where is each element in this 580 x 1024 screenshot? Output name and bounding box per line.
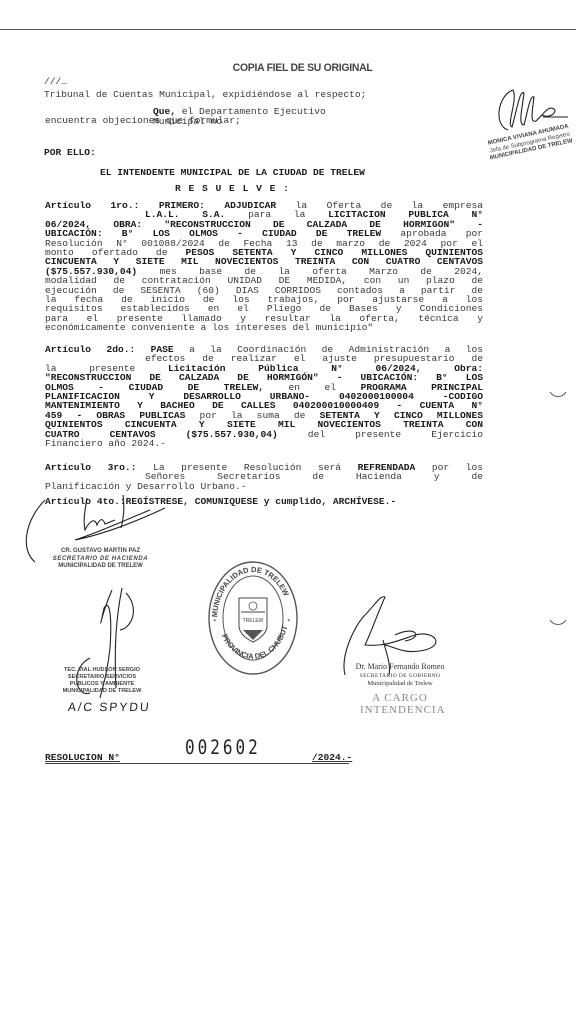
stamp-hacienda: CR. GUSTAVO MARTIN PAZ SECRETARIO DE HAC… xyxy=(48,548,153,571)
por-ello: POR ELLO: xyxy=(44,147,96,158)
art3-label: Artículo 3ro.: xyxy=(45,462,153,473)
art1-label: Artículo 1ro.: xyxy=(45,200,159,211)
page-top-rule xyxy=(0,29,576,30)
article-2: Artículo 2do.: PASE a la Coordinación de… xyxy=(45,345,483,448)
resolution-number: 002602 xyxy=(185,736,261,759)
article-1: Artículo 1ro.: PRIMERO: ADJUDICAR la Ofe… xyxy=(45,201,483,332)
resuelve-title: R E S U E L V E : xyxy=(175,183,290,194)
municipal-seal: MUNICIPALIDAD DE TRELEW PROVINCIA DEL CH… xyxy=(205,558,300,678)
article-3: Artículo 3ro.: La presente Resolución se… xyxy=(45,463,483,491)
que-paragraph: Que, el Departamento Ejecutivo Municipal… xyxy=(45,107,483,126)
que-text-2: encuentra objeciones que formular; xyxy=(45,116,483,125)
continuation-mark: ///… xyxy=(44,77,67,87)
servicios-handwritten-note: A/C SPYDU xyxy=(67,700,151,714)
seal-shield-text: TRELEW xyxy=(243,618,264,624)
svg-text:PROVINCIA DEL CHUBUT: PROVINCIA DEL CHUBUT xyxy=(220,624,290,661)
art1-line: económicamente conveniente a los interes… xyxy=(45,323,483,332)
margin-mark-1 xyxy=(548,618,568,628)
resolution-label: RESOLUCION N° xyxy=(45,752,120,763)
margin-mark-2 xyxy=(548,390,568,400)
resolution-underline xyxy=(45,763,349,764)
svg-text:✶: ✶ xyxy=(213,617,217,624)
copy-certification-stamp: COPIA FIEL DE SU ORIGINAL xyxy=(233,62,373,74)
art2-line: Financiero año 2024.- xyxy=(45,439,483,448)
stamp-gobierno: Dr. Mario Fernando Romeo SECRETARIO DE G… xyxy=(340,663,460,689)
resolution-heading: EL INTENDENTE MUNICIPAL DE LA CIUDAD DE … xyxy=(100,167,365,178)
article-4-text: REGÍSTRESE, COMUNIQUESE y cumplido, ARCH… xyxy=(126,496,397,507)
stamp-servicios: TEC. VIAL HUDSON SERGIO SECRETARIO SERVI… xyxy=(52,667,152,695)
resolution-year: /2024.- xyxy=(312,752,352,763)
seal-bottom-text: PROVINCIA DEL CHUBUT xyxy=(220,624,290,661)
svg-text:✶: ✶ xyxy=(287,617,291,624)
stamp-a-cargo-intendencia: A CARGO INTENDENCIA xyxy=(360,692,440,716)
intro-line: Tribunal de Cuentas Municipal, expidiénd… xyxy=(44,90,366,100)
art2-label: Artículo 2do.: xyxy=(45,344,151,355)
